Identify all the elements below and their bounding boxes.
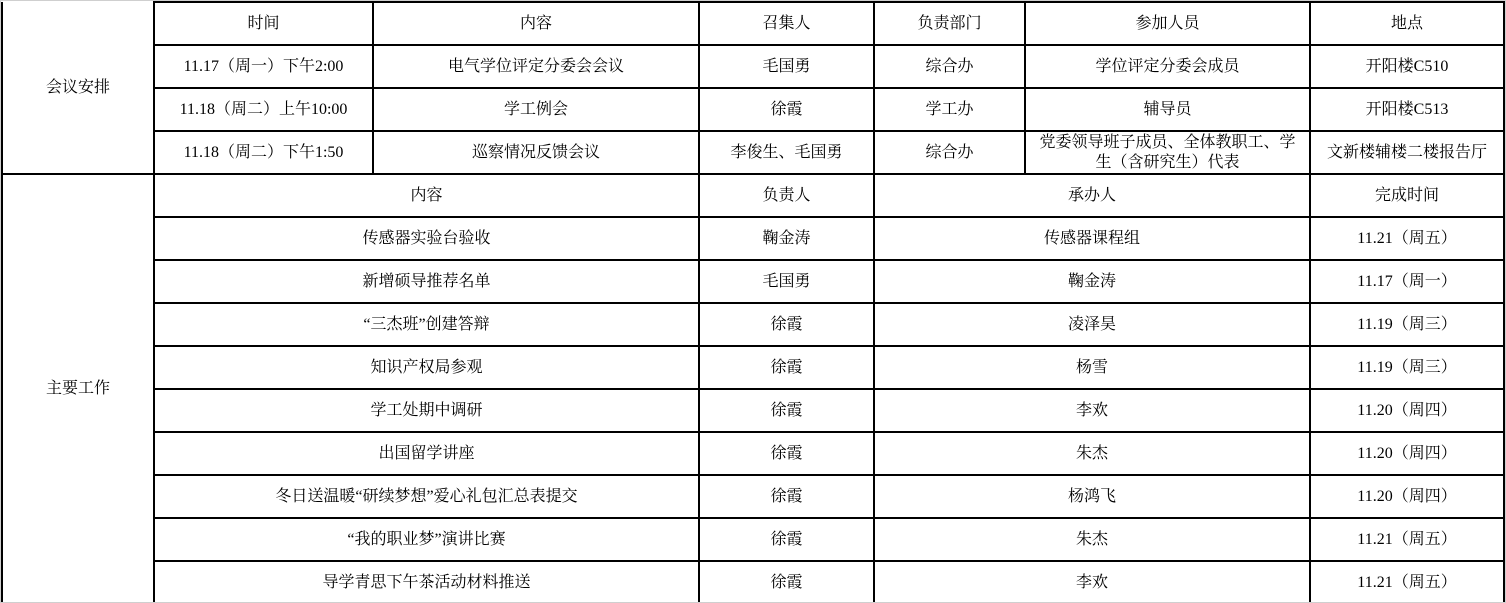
section-label-meetings: 会议安排	[2, 2, 154, 174]
work-deadline-cell: 11.17（周一）	[1310, 260, 1504, 303]
work-content-cell: 知识产权局参观	[154, 346, 699, 389]
work-undertaker-cell: 传感器课程组	[874, 217, 1310, 260]
meeting-row: 11.17（周一）下午2:00 电气学位评定分委会会议 毛国勇 综合办 学位评定…	[2, 45, 1504, 88]
work-content-cell: 冬日送温暖“研续梦想”爱心礼包汇总表提交	[154, 475, 699, 518]
work-deadline-cell: 11.19（周三）	[1310, 346, 1504, 389]
meeting-row: 11.18（周二）下午1:50 巡察情况反馈会议 李俊生、毛国勇 综合办 党委领…	[2, 131, 1504, 174]
work-row: 知识产权局参观 徐霞 杨雪 11.19（周三）	[2, 346, 1504, 389]
meeting-content-cell: 电气学位评定分委会会议	[373, 45, 699, 88]
work-lead-cell: 徐霞	[699, 346, 874, 389]
meeting-location-cell: 开阳楼C510	[1310, 45, 1504, 88]
works-header-row: 主要工作 内容 负责人 承办人 完成时间	[2, 174, 1504, 217]
column-header-deadline: 完成时间	[1310, 174, 1504, 217]
work-lead-cell: 徐霞	[699, 389, 874, 432]
work-row: 导学青思下午茶活动材料推送 徐霞 李欢 11.21（周五）	[2, 561, 1504, 603]
work-lead-cell: 徐霞	[699, 432, 874, 475]
meeting-department-cell: 综合办	[874, 131, 1025, 174]
work-content-cell: 导学青思下午茶活动材料推送	[154, 561, 699, 603]
work-deadline-cell: 11.21（周五）	[1310, 217, 1504, 260]
column-header-participants: 参加人员	[1025, 2, 1310, 45]
meeting-time-cell: 11.18（周二）上午10:00	[154, 88, 373, 131]
work-deadline-cell: 11.20（周四）	[1310, 432, 1504, 475]
meeting-convener-cell: 毛国勇	[699, 45, 874, 88]
work-row: 冬日送温暖“研续梦想”爱心礼包汇总表提交 徐霞 杨鸿飞 11.20（周四）	[2, 475, 1504, 518]
meeting-department-cell: 学工办	[874, 88, 1025, 131]
column-header-lead: 负责人	[699, 174, 874, 217]
column-header-location: 地点	[1310, 2, 1504, 45]
meeting-participants-cell: 学位评定分委会成员	[1025, 45, 1310, 88]
work-undertaker-cell: 朱杰	[874, 518, 1310, 561]
work-undertaker-cell: 杨雪	[874, 346, 1310, 389]
meeting-location-cell: 开阳楼C513	[1310, 88, 1504, 131]
work-deadline-cell: 11.21（周五）	[1310, 561, 1504, 603]
work-content-cell: 出国留学讲座	[154, 432, 699, 475]
work-lead-cell: 徐霞	[699, 303, 874, 346]
work-undertaker-cell: 杨鸿飞	[874, 475, 1310, 518]
column-header-content: 内容	[154, 174, 699, 217]
work-content-cell: 新增硕导推荐名单	[154, 260, 699, 303]
work-lead-cell: 徐霞	[699, 561, 874, 603]
work-deadline-cell: 11.19（周三）	[1310, 303, 1504, 346]
column-header-convener: 召集人	[699, 2, 874, 45]
meeting-participants-cell: 辅导员	[1025, 88, 1310, 131]
section-label-works: 主要工作	[2, 174, 154, 603]
work-lead-cell: 徐霞	[699, 475, 874, 518]
column-header-content: 内容	[373, 2, 699, 45]
work-deadline-cell: 11.20（周四）	[1310, 389, 1504, 432]
column-header-department: 负责部门	[874, 2, 1025, 45]
work-lead-cell: 毛国勇	[699, 260, 874, 303]
work-undertaker-cell: 李欢	[874, 389, 1310, 432]
work-undertaker-cell: 鞠金涛	[874, 260, 1310, 303]
work-content-cell: “三杰班”创建答辩	[154, 303, 699, 346]
column-header-time: 时间	[154, 2, 373, 45]
work-row: 出国留学讲座 徐霞 朱杰 11.20（周四）	[2, 432, 1504, 475]
meeting-time-cell: 11.18（周二）下午1:50	[154, 131, 373, 174]
meeting-convener-cell: 李俊生、毛国勇	[699, 131, 874, 174]
work-lead-cell: 鞠金涛	[699, 217, 874, 260]
meeting-convener-cell: 徐霞	[699, 88, 874, 131]
weekly-schedule-page: 会议安排 时间 内容 召集人 负责部门 参加人员 地点 11.17（周一）下午2…	[0, 0, 1506, 603]
meeting-content-cell: 学工例会	[373, 88, 699, 131]
work-undertaker-cell: 朱杰	[874, 432, 1310, 475]
meeting-time-cell: 11.17（周一）下午2:00	[154, 45, 373, 88]
column-header-undertaker: 承办人	[874, 174, 1310, 217]
meeting-participants-cell: 党委领导班子成员、全体教职工、学生（含研究生）代表	[1025, 131, 1310, 174]
work-undertaker-cell: 凌泽昊	[874, 303, 1310, 346]
meeting-location-cell: 文新楼辅楼二楼报告厅	[1310, 131, 1504, 174]
meetings-header-row: 会议安排 时间 内容 召集人 负责部门 参加人员 地点	[2, 2, 1504, 45]
work-deadline-cell: 11.20（周四）	[1310, 475, 1504, 518]
work-row: 传感器实验台验收 鞠金涛 传感器课程组 11.21（周五）	[2, 217, 1504, 260]
work-lead-cell: 徐霞	[699, 518, 874, 561]
work-content-cell: 学工处期中调研	[154, 389, 699, 432]
work-row: 新增硕导推荐名单 毛国勇 鞠金涛 11.17（周一）	[2, 260, 1504, 303]
weekly-schedule-table: 会议安排 时间 内容 召集人 负责部门 参加人员 地点 11.17（周一）下午2…	[1, 1, 1505, 603]
work-undertaker-cell: 李欢	[874, 561, 1310, 603]
work-content-cell: “我的职业梦”演讲比赛	[154, 518, 699, 561]
work-row: “三杰班”创建答辩 徐霞 凌泽昊 11.19（周三）	[2, 303, 1504, 346]
work-content-cell: 传感器实验台验收	[154, 217, 699, 260]
meeting-row: 11.18（周二）上午10:00 学工例会 徐霞 学工办 辅导员 开阳楼C513	[2, 88, 1504, 131]
work-row: “我的职业梦”演讲比赛 徐霞 朱杰 11.21（周五）	[2, 518, 1504, 561]
work-deadline-cell: 11.21（周五）	[1310, 518, 1504, 561]
meeting-department-cell: 综合办	[874, 45, 1025, 88]
work-row: 学工处期中调研 徐霞 李欢 11.20（周四）	[2, 389, 1504, 432]
meeting-content-cell: 巡察情况反馈会议	[373, 131, 699, 174]
